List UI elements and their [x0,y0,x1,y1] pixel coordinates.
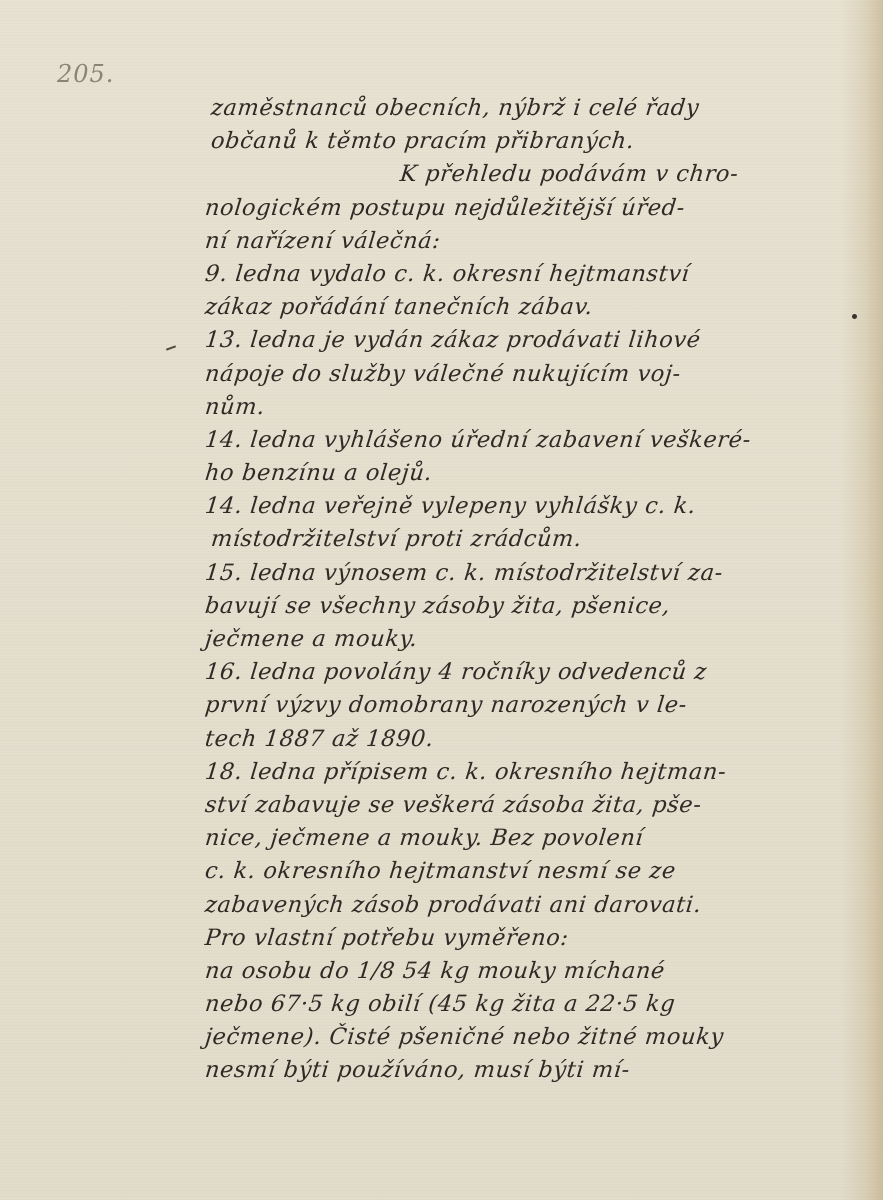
text-line: zaměstnanců obecních, nýbrž i celé řady [203,92,876,125]
text-line: ství zabavuje se veškerá zásoba žita, pš… [203,789,876,822]
text-line: nebo 67·5 kg obilí (45 kg žita a 22·5 kg [203,988,876,1021]
entry-line-15-jan: 15. ledna výnosem c. k. místodržitelství… [203,557,876,590]
text-line: c. k. okresního hejtmanství nesmí se ze [203,855,876,888]
entry-line-9-jan: 9. ledna vydalo c. k. okresní hejtmanstv… [203,258,876,291]
text-line: na osobu do 1/8 54 kg mouky míchané [203,955,876,988]
text-line: bavují se všechny zásoby žita, pšenice, [203,590,876,623]
entry-line-14-jan-b: 14. ledna veřejně vylepeny vyhlášky c. k… [203,490,876,523]
entry-line-14-jan-a: 14. ledna vyhlášeno úřední zabavení vešk… [203,424,876,457]
text-line: ho benzínu a olejů. [203,457,876,490]
text-line: nesmí býti používáno, musí býti mí- [203,1054,876,1087]
text-line: nům. [203,391,876,424]
text-line: K přehledu podávám v chro- [203,158,876,191]
text-line: ječmene a mouky. [203,623,876,656]
text-line: ní nařízení válečná: [203,225,876,258]
text-line: zákaz pořádání tanečních zábav. [203,291,876,324]
manuscript-page: 205. zaměstnanců obecních, nýbrž i celé … [0,0,883,1200]
text-line: nápoje do služby válečné nukujícím voj- [203,358,876,391]
page-number: 205. [57,60,114,88]
text-line: tech 1887 až 1890. [203,723,876,756]
text-line: občanů k těmto pracím přibraných. [203,125,876,158]
text-line: nice, ječmene a mouky. Bez povolení [203,822,876,855]
text-line: první výzvy domobrany narozených v le- [203,689,876,722]
entry-line-16-jan: 16. ledna povolány 4 ročníky odvedenců z [203,656,876,689]
text-line: místodržitelství proti zrádcům. [203,523,876,556]
text-line: ječmene). Čisté pšeničné nebo žitné mouk… [203,1021,876,1054]
margin-tick-mark [166,345,176,350]
entry-line-18-jan: 18. ledna přípisem c. k. okresního hejtm… [203,756,876,789]
text-line: nologickém postupu nejdůležitější úřed- [203,192,876,225]
entry-line-13-jan: 13. ledna je vydán zákaz prodávati lihov… [203,324,876,357]
text-line: Pro vlastní potřebu vyměřeno: [203,922,876,955]
handwritten-text-block: zaměstnanců obecních, nýbrž i celé řady … [205,92,875,1088]
text-line: zabavených zásob prodávati ani darovati. [203,889,876,922]
ink-dot-mark [852,314,857,319]
